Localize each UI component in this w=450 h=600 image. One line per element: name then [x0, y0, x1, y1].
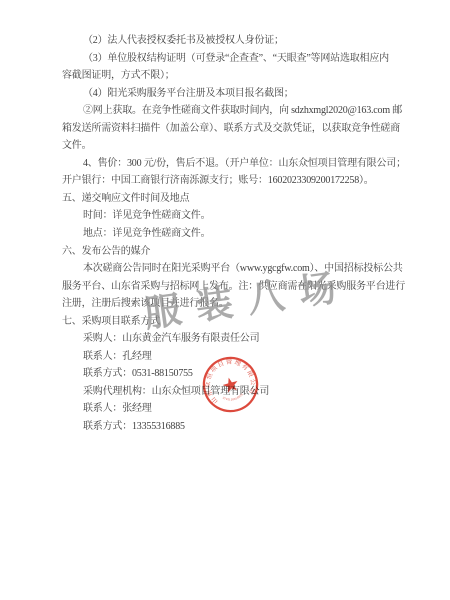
seal-code: 3701128016523 [221, 391, 245, 404]
text-line: 联系方式：13355316885 [62, 418, 396, 436]
text-line: （2）法人代表授权委托书及被授权人身份证； [62, 32, 396, 50]
text-line: 开户银行：中国工商银行济南泺源支行；账号：1602023309200172258… [62, 172, 396, 190]
text-line: （3）单位股权结构证明（可登录“企查查”、“天眼查”等网站选取相应内 [62, 50, 396, 68]
text-line: 文件。 [62, 137, 396, 155]
svg-text:3701128016523: 3701128016523 [221, 391, 245, 404]
text-line: 4、售价：300 元/份，售后不退。（开户单位：山东众恒项目管理有限公司； [62, 155, 396, 173]
text-line: 采购人：山东黄金汽车服务有限责任公司 [62, 330, 396, 348]
text-line: 地点：详见竞争性磋商文件。 [62, 225, 396, 243]
text-line: 时间：详见竞争性磋商文件。 [62, 207, 396, 225]
document-page: （2）法人代表授权委托书及被授权人身份证；（3）单位股权结构证明（可登录“企查查… [0, 0, 450, 600]
text-line: （4）阳光采购服务平台注册及本项目报名截图； [62, 85, 396, 103]
text-line: 箱发送所需资料扫描件（加盖公章）、联系方式及交款凭证，以获取竞争性磋商 [62, 120, 396, 138]
star-icon [221, 376, 239, 394]
company-seal: 山东众恒项目管理有限公司 3701128016523 [201, 355, 260, 414]
text-line: 五、递交响应文件时间及地点 [62, 190, 396, 208]
text-line: ②网上获取。在竞争性磋商文件获取时间内，向 sdzhxmgl2020@163.c… [62, 102, 396, 120]
text-line: 容截图证明，方式不限）； [62, 67, 396, 85]
